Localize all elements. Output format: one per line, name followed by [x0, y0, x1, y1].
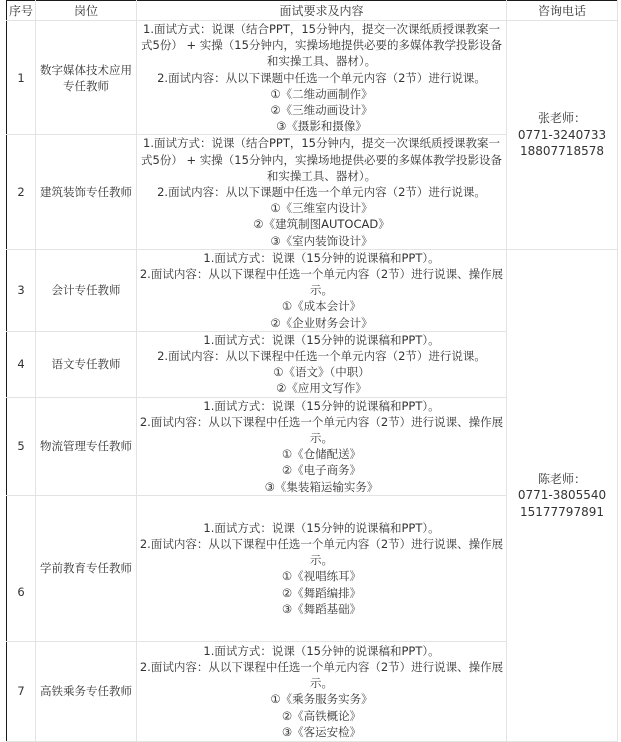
header-position: 岗位: [36, 1, 137, 21]
interview-requirements-table: 序号 岗位 面试要求及内容 咨询电话 1 数字媒体技术应用专任教师 1.面试方式…: [6, 0, 618, 693]
contact-landline: 0771-3805540: [508, 487, 616, 504]
requirements-cell: 1.面试方式：说课（15分钟的说课稿和PPT）。 2.面试内容：从以下课程中任选…: [137, 495, 507, 641]
header-no: 序号: [7, 1, 36, 21]
contact-mobile: 15177797891: [508, 504, 616, 521]
row-number: 7: [7, 641, 36, 693]
interview-content: 2.面试内容：从以下课题中任选一个单元内容（2节）进行说课。: [138, 70, 505, 86]
interview-content: 2.面试内容：从以下课程中任选一个单元内容（2节）进行说课、操作展示。: [138, 536, 505, 568]
table-header-row: 序号 岗位 面试要求及内容 咨询电话: [7, 1, 618, 21]
header-requirements: 面试要求及内容: [137, 1, 507, 21]
recruitment-table-container: 序号 岗位 面试要求及内容 咨询电话 1 数字媒体技术应用专任教师 1.面试方式…: [6, 0, 617, 693]
position-name: 会计专任教师: [36, 249, 137, 331]
row-number: 6: [7, 495, 36, 641]
position-name: 建筑装饰专任教师: [36, 135, 137, 249]
requirements-cell: 1.面试方式：说课（15分钟的说课稿和PPT）。 2.面试内容：从以下课程中任选…: [137, 641, 507, 693]
contact-mobile: 18807718578: [508, 143, 616, 160]
contact-name: 张老师：: [508, 110, 616, 127]
requirements-cell: 1.面试方式：说课（15分钟的说课稿和PPT）。 2.面试内容：从以下课程中任选…: [137, 249, 507, 331]
contact-name: 陈老师：: [508, 471, 616, 488]
table-row: 3 会计专任教师 1.面试方式：说课（15分钟的说课稿和PPT）。 2.面试内容…: [7, 249, 618, 331]
course-option: ①《语文》（中职）: [138, 364, 505, 380]
row-number: 4: [7, 331, 36, 397]
interview-content: 2.面试内容：从以下课题中任选一个单元内容（2节）进行说课。: [138, 184, 505, 200]
interview-content: 2.面试内容：从以下课程中任选一个单元内容（2节）进行说课。: [138, 348, 505, 364]
contact-cell-zhang: 张老师： 0771-3240733 18807718578: [507, 21, 618, 250]
course-option: ②《建筑制图AUTOCAD》: [138, 216, 505, 232]
header-contact: 咨询电话: [507, 1, 618, 21]
row-number: 3: [7, 249, 36, 331]
interview-method: 1.面试方式：说课（结合PPT，15分钟内，提交一次课纸质授课教案一式5份） +…: [138, 135, 505, 184]
course-option: ①《二维动画制作》: [138, 86, 505, 102]
interview-method: 1.面试方式：说课（15分钟的说课稿和PPT）。: [138, 398, 505, 414]
contact-landline: 0771-3240733: [508, 127, 616, 144]
row-number: 2: [7, 135, 36, 249]
interview-content: 2.面试内容：从以下课程中任选一个单元内容（2节）进行说课、操作展示。: [138, 414, 505, 446]
course-option: ①《成本会计》: [138, 298, 505, 314]
course-option: ①《视唱练耳》: [138, 568, 505, 584]
requirements-cell: 1.面试方式：说课（15分钟的说课稿和PPT）。 2.面试内容：从以下课程中任选…: [137, 331, 507, 397]
position-name: 物流管理专任教师: [36, 397, 137, 495]
interview-content: 2.面试内容：从以下课程中任选一个单元内容（2节）进行说课、操作展示。: [138, 266, 505, 298]
table-row: 1 数字媒体技术应用专任教师 1.面试方式：说课（结合PPT，15分钟内，提交一…: [7, 21, 618, 135]
interview-method: 1.面试方式：说课（15分钟的说课稿和PPT）。: [138, 332, 505, 348]
interview-method: 1.面试方式：说课（结合PPT，15分钟内，提交一次课纸质授课教案一式5份） +…: [138, 21, 505, 70]
interview-method: 1.面试方式：说课（15分钟的说课稿和PPT）。: [138, 250, 505, 266]
interview-method: 1.面试方式：说课（15分钟的说课稿和PPT）。: [138, 520, 505, 536]
course-option: ③《舞蹈基础》: [138, 601, 505, 617]
course-option: ③《摄影和摄像》: [138, 118, 505, 134]
course-option: ②《应用文写作》: [138, 380, 505, 396]
interview-method: 1.面试方式：说课（15分钟的说课稿和PPT）。: [138, 643, 505, 659]
course-option: ②《企业财务会计》: [138, 315, 505, 331]
position-name: 学前教育专任教师: [36, 495, 137, 641]
contact-cell-chen: 陈老师： 0771-3805540 15177797891: [507, 249, 618, 693]
row-number: 5: [7, 397, 36, 495]
requirements-cell: 1.面试方式：说课（结合PPT，15分钟内，提交一次课纸质授课教案一式5份） +…: [137, 21, 507, 135]
requirements-cell: 1.面试方式：说课（结合PPT，15分钟内，提交一次课纸质授课教案一式5份） +…: [137, 135, 507, 249]
course-option: ①《仓储配送》: [138, 446, 505, 462]
course-option: ③《室内装饰设计》: [138, 233, 505, 249]
row-number: 1: [7, 21, 36, 135]
course-option: ③《集装箱运输实务》: [138, 479, 505, 495]
interview-content: 2.面试内容：从以下课程中任选一个单元内容（2节）进行说课、操作展示。: [138, 659, 505, 691]
position-name: 高铁乘务专任教师: [36, 641, 137, 693]
requirements-cell: 1.面试方式：说课（15分钟的说课稿和PPT）。 2.面试内容：从以下课程中任选…: [137, 397, 507, 495]
course-option: ①《三维室内设计》: [138, 200, 505, 216]
course-option: ②《舞蹈编排》: [138, 585, 505, 601]
position-name: 数字媒体技术应用专任教师: [36, 21, 137, 135]
course-option: ②《三维动画设计》: [138, 102, 505, 118]
course-option: ②《电子商务》: [138, 462, 505, 478]
position-name: 语文专任教师: [36, 331, 137, 397]
